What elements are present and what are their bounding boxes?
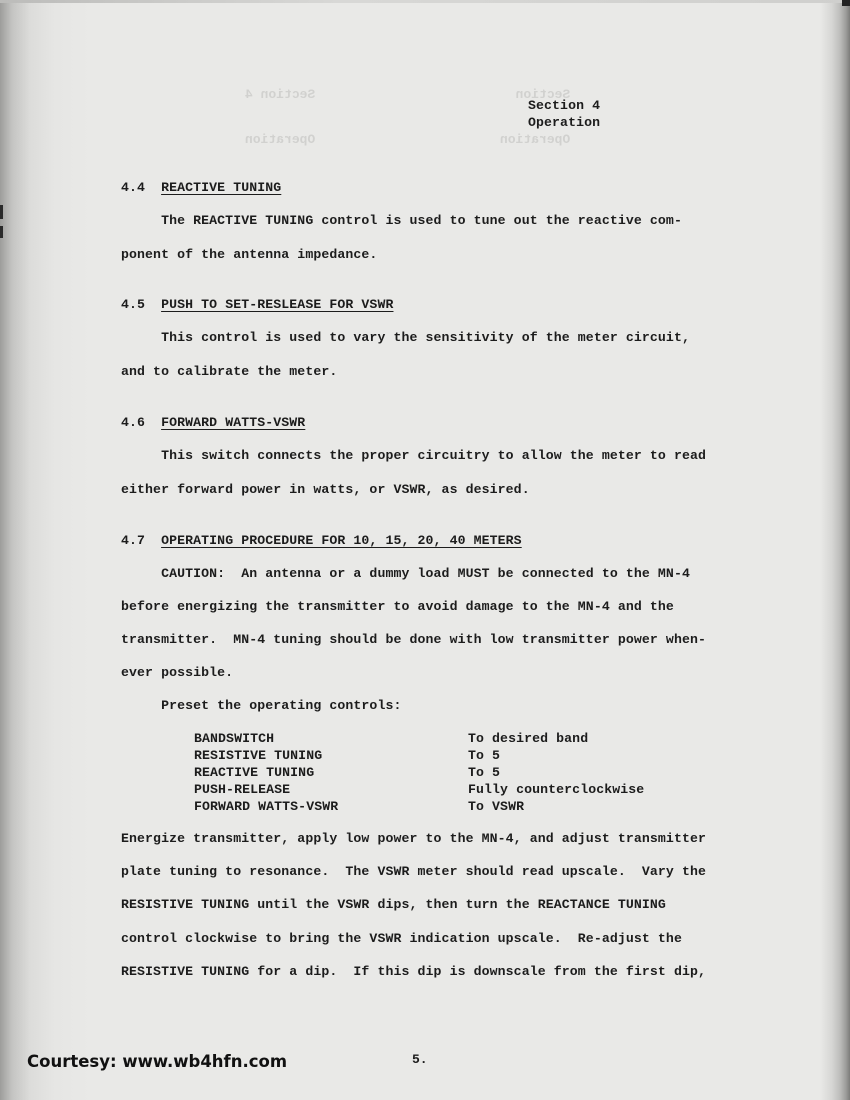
binding-hole-mark bbox=[0, 226, 3, 238]
page-number: 5. bbox=[412, 1052, 428, 1067]
paragraph-line: ponent of the antenna impedance. bbox=[121, 247, 377, 263]
caution-line: transmitter. MN-4 tuning should be done … bbox=[121, 632, 706, 648]
section-number: 4.4 bbox=[121, 180, 145, 195]
scan-corner-mark bbox=[842, 0, 850, 6]
courtesy-watermark: Courtesy: www.wb4hfn.com bbox=[27, 1052, 287, 1071]
section-title: Operation bbox=[528, 115, 600, 131]
section-heading-text: OPERATING PROCEDURE FOR 10, 15, 20, 40 M… bbox=[161, 533, 522, 548]
scanned-page: Section 4 Operation Section Operation Se… bbox=[0, 0, 850, 1100]
section-number: 4.5 bbox=[121, 297, 145, 312]
procedure-line: RESISTIVE TUNING for a dip. If this dip … bbox=[121, 964, 706, 980]
procedure-line: plate tuning to resonance. The VSWR mete… bbox=[121, 864, 706, 880]
procedure-line: RESISTIVE TUNING until the VSWR dips, th… bbox=[121, 897, 666, 913]
section-heading-4-5: 4.5 PUSH TO SET-RESLEASE FOR VSWR bbox=[121, 297, 393, 313]
bleed-line: Section 4 bbox=[245, 87, 315, 102]
page-top-edge bbox=[0, 0, 850, 3]
preset-control-setting: To 5 bbox=[468, 765, 500, 781]
section-label: Section 4 bbox=[528, 98, 600, 114]
caution-line: ever possible. bbox=[121, 665, 233, 681]
caution-line: CAUTION: An antenna or a dummy load MUST… bbox=[121, 566, 690, 582]
bleed-line: Operation bbox=[500, 132, 570, 147]
procedure-line: control clockwise to bring the VSWR indi… bbox=[121, 931, 682, 947]
preset-intro: Preset the operating controls: bbox=[121, 698, 401, 714]
paragraph-line: and to calibrate the meter. bbox=[121, 364, 337, 380]
paragraph-line: The REACTIVE TUNING control is used to t… bbox=[121, 213, 682, 229]
preset-control-setting: To desired band bbox=[468, 731, 588, 747]
preset-control-name: FORWARD WATTS-VSWR bbox=[194, 799, 338, 815]
bleed-through-header-left: Section 4 Operation bbox=[245, 57, 315, 177]
section-number: 4.6 bbox=[121, 415, 145, 430]
preset-control-name: PUSH-RELEASE bbox=[194, 782, 290, 798]
section-heading-4-4: 4.4 REACTIVE TUNING bbox=[121, 180, 281, 196]
preset-control-setting: To VSWR bbox=[468, 799, 524, 815]
preset-control-setting: To 5 bbox=[468, 748, 500, 764]
section-heading-text: REACTIVE TUNING bbox=[161, 180, 281, 195]
binding-hole-mark bbox=[0, 205, 3, 219]
procedure-line: Energize transmitter, apply low power to… bbox=[121, 831, 706, 847]
preset-control-name: REACTIVE TUNING bbox=[194, 765, 314, 781]
preset-control-name: BANDSWITCH bbox=[194, 731, 274, 747]
paragraph-line: This control is used to vary the sensiti… bbox=[121, 330, 690, 346]
caution-line: before energizing the transmitter to avo… bbox=[121, 599, 674, 615]
section-number: 4.7 bbox=[121, 533, 145, 548]
preset-control-name: RESISTIVE TUNING bbox=[194, 748, 322, 764]
bleed-line: Operation bbox=[245, 132, 315, 147]
preset-control-setting: Fully counterclockwise bbox=[468, 782, 644, 798]
section-heading-4-6: 4.6 FORWARD WATTS-VSWR bbox=[121, 415, 305, 431]
section-heading-text: FORWARD WATTS-VSWR bbox=[161, 415, 305, 430]
section-heading-4-7: 4.7 OPERATING PROCEDURE FOR 10, 15, 20, … bbox=[121, 533, 522, 549]
paragraph-line: either forward power in watts, or VSWR, … bbox=[121, 482, 530, 498]
section-heading-text: PUSH TO SET-RESLEASE FOR VSWR bbox=[161, 297, 393, 312]
paragraph-line: This switch connects the proper circuitr… bbox=[121, 448, 706, 464]
